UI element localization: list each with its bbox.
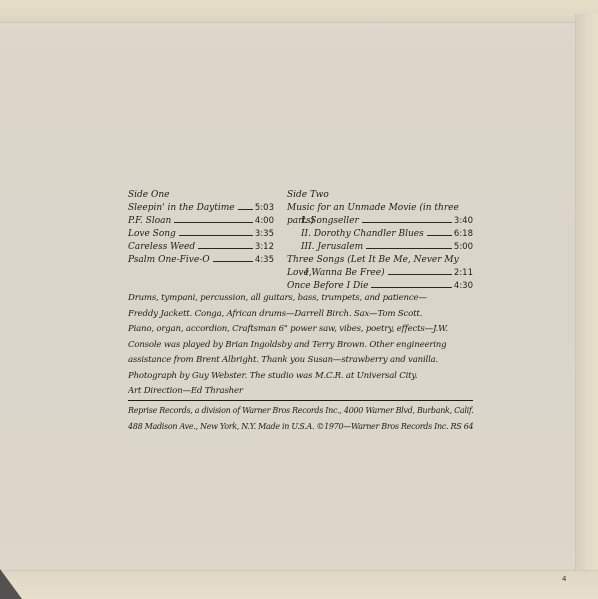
label-info: Reprise Records, a division of Warner Br… [128, 403, 473, 435]
divider-rule [128, 400, 473, 401]
track-time: 3:40 [454, 215, 473, 228]
credits-line: Drums, tympani, percussion, all guitars,… [128, 291, 473, 307]
track-row: II. Dorothy Chandler Blues 6:18 [287, 228, 473, 241]
cover-right-edge [575, 14, 598, 599]
label-copyright-line: 488 Madison Ave., New York, N.Y. Made in… [128, 419, 473, 435]
leader-line [198, 248, 253, 249]
corner-shadow [0, 569, 22, 599]
track-row: P.F. Sloan 4:00 [128, 215, 274, 228]
leader-line [179, 235, 253, 236]
track-time: 5:00 [454, 241, 473, 254]
cover-bottom-edge [0, 570, 598, 599]
three-songs-title: Three Songs (Let It Be Me, Never My Love… [287, 254, 473, 267]
side-two-heading: Side Two [287, 189, 473, 202]
leader-line [366, 248, 452, 249]
credits-line: Art Direction—Ed Thrasher [128, 384, 473, 400]
track-row: Love Song 3:35 [128, 228, 274, 241]
side-one-heading: Side One [128, 189, 274, 202]
album-back-cover: Side One Sleepin' in the Daytime 5:03 P.… [0, 0, 598, 599]
leader-line [238, 209, 253, 210]
track-title: I. Songseller [301, 215, 359, 228]
track-row: Careless Weed 3:12 [128, 241, 274, 254]
track-title: P.F. Sloan [128, 215, 171, 228]
track-title: Sleepin' in the Daytime [128, 202, 235, 215]
track-time: 4:00 [255, 215, 274, 228]
track-time: 4:35 [255, 254, 274, 267]
track-row: Sleepin' in the Daytime 5:03 [128, 202, 274, 215]
side-one-tracklist: Side One Sleepin' in the Daytime 5:03 P.… [128, 189, 274, 267]
leader-line [213, 261, 253, 262]
side-two-tracklist: Side Two Music for an Unmade Movie (in t… [287, 189, 473, 293]
track-row: Psalm One-Five-O 4:35 [128, 254, 274, 267]
track-time: 2:11 [454, 267, 473, 280]
track-title: II. Dorothy Chandler Blues [301, 228, 424, 241]
credits-line: Photograph by Guy Webster. The studio wa… [128, 369, 473, 385]
track-row: I Wanna Be Free) 2:11 [287, 267, 473, 280]
track-title: III. Jerusalem [301, 241, 363, 254]
track-title: Careless Weed [128, 241, 195, 254]
leader-line [388, 274, 452, 275]
track-time: 5:03 [255, 202, 274, 215]
track-title: Psalm One-Five-O [128, 254, 210, 267]
cover-top-edge [0, 0, 598, 23]
page-number: 4 [562, 575, 566, 583]
credits-block: Drums, tympani, percussion, all guitars,… [128, 291, 473, 400]
track-row: I. Songseller 3:40 [287, 215, 473, 228]
credits-line: Piano, organ, accordion, Craftsman 6" po… [128, 322, 473, 338]
credits-line: Console was played by Brian Ingoldsby an… [128, 338, 473, 354]
leader-line [362, 222, 452, 223]
track-title-continued: I Wanna Be Free) [305, 267, 385, 280]
suite-title: Music for an Unmade Movie (in three part… [287, 202, 473, 215]
track-time: 6:18 [454, 228, 473, 241]
track-title: Love Song [128, 228, 176, 241]
leader-line [371, 287, 451, 288]
track-row: III. Jerusalem 5:00 [287, 241, 473, 254]
track-time: 3:12 [255, 241, 274, 254]
label-address-line: Reprise Records, a division of Warner Br… [128, 403, 473, 419]
credits-line: Freddy Jackett. Conga, African drums—Dar… [128, 307, 473, 323]
leader-line [427, 235, 452, 236]
leader-line [174, 222, 253, 223]
credits-line: assistance from Brent Albright. Thank yo… [128, 353, 473, 369]
track-time: 3:35 [255, 228, 274, 241]
